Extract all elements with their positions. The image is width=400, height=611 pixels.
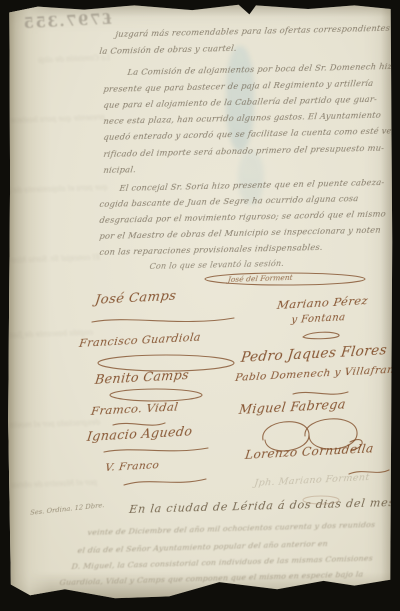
session-line: el día de el Señor Ayuntamiento popular …: [77, 539, 328, 555]
bleedthrough-number-stamp: £797.355: [22, 10, 113, 33]
scan-background: £797.355 La Comisión de alojamientos por…: [0, 0, 400, 611]
signature-faded: Jph. Mariano Forment: [254, 472, 371, 489]
signature: Benito Camps: [94, 367, 190, 387]
manuscript-page: £797.355 La Comisión de alojamientos por…: [7, 3, 393, 600]
signature-flourish: [120, 475, 212, 489]
session-line: Guardiola, Vidal y Camps que componen qu…: [59, 570, 364, 587]
minutes-line: desgraciada por el movimiento riguroso; …: [99, 210, 386, 225]
signature-flourish: [100, 444, 212, 456]
signature-rubric: V. Franco: [105, 459, 160, 474]
minutes-line: la Comisión de obras y cuartel.: [99, 44, 237, 55]
signature-flourish: [300, 330, 344, 341]
session-line: veinte de Diciembre del año mil ochocien…: [87, 520, 376, 537]
signature: Mariano Pérez: [276, 293, 369, 312]
minutes-line: nicipal.: [103, 165, 137, 174]
signature: Francisco Guardiola: [78, 331, 201, 350]
session-opening-line: En la ciudad de Lérida á dos dias del me…: [129, 496, 396, 516]
minutes-line: con las reparaciones provisionales indis…: [99, 243, 323, 256]
signature: Pedro Jaques Flores: [240, 342, 388, 366]
ink-bleed-ghost-line: por el Maestro de obras del Municipio se…: [12, 479, 97, 493]
minutes-line: cogida bascante de Juan de Segre ha ocur…: [99, 194, 359, 208]
signature: Miguel Fabrega: [238, 396, 347, 417]
signature: y Fontana: [291, 312, 346, 326]
minutes-line: La Comisión de alojamientos por boca del…: [127, 62, 398, 76]
ink-bleed-ghost-line: presente que para bastecer de paja al Re…: [10, 113, 105, 127]
signature: Framco. Vidal: [90, 399, 179, 418]
ink-bleed-ghost-line: que para el alojamiento de la Caballería…: [8, 183, 108, 197]
signature: Ignacio Aguedo: [86, 424, 193, 444]
minutes-line: juzgará más recomendables para las ofert…: [115, 23, 400, 38]
signature: Lorenzo Cornudella: [244, 441, 374, 462]
page-content: £797.355 La Comisión de alojamientos por…: [0, 0, 400, 611]
signature: Pablo Domenech y Villafranca: [235, 363, 400, 384]
ink-bleed-ghost-line: desgraciada por el movimiento riguroso; …: [10, 418, 100, 432]
ink-bleed-ghost-line: El concejal Sr. Soria hizo presente que …: [10, 253, 100, 267]
minutes-closing-line: Con lo que se levantó la sesión.: [149, 260, 284, 271]
session-line: D. Miguel, la Casa consistorial con indi…: [71, 554, 373, 571]
signature: José Camps: [94, 289, 177, 308]
margin-session-note: Ses. Ordina. 12 Dbre.: [30, 501, 104, 517]
minutes-line: por el Maestro de obras del Municipio se…: [99, 226, 381, 241]
signature-flourish: [88, 313, 238, 327]
secretary-rubric: José del Forment: [227, 273, 293, 284]
